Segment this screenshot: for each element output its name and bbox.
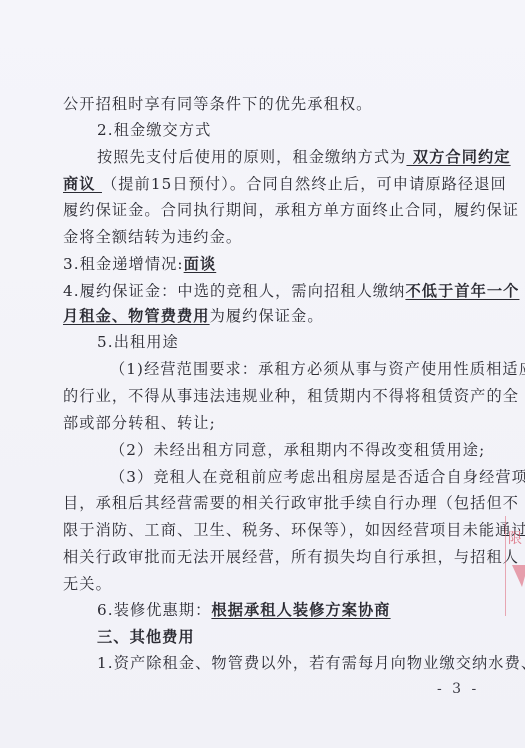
text-segment: 按照先支付后使用的原则，租金缴纳方式为 (97, 148, 406, 166)
text-line: 相关行政审批而无法开展经营，所有损失均自行承担，与招租人 (63, 547, 468, 567)
text-line: （3）竞租人在竞租前应考虑出租房屋是否适合自身经营项 (110, 467, 515, 487)
underlined-value: 不低于首年一个 (405, 282, 519, 300)
document-page: 公开招租时享有同等条件下的优先承租权。 2.租金缴交方式 按照先支付后使用的原则… (0, 0, 525, 748)
seal-stamp-text: 限 (508, 528, 522, 548)
text-line: 1.资产除租金、物管费以外，若有需每月向物业缴交纳水费、 (97, 653, 468, 673)
underlined-value: 根据承租人装修方案协商 (211, 601, 390, 619)
text-line: （1)经营范围要求：承租方必须从事与资产使用性质相适应 (110, 359, 515, 379)
text-line: 月租金、物管费费用为履约保证金。 (63, 306, 468, 326)
text-line: 目，承租后其经营需要的相关行政审批手续自行办理（包括但不 (63, 493, 468, 513)
seal-star-icon (512, 565, 525, 587)
section-heading: 2.租金缴交方式 (97, 120, 468, 140)
text-line: 限于消防、工商、卫生、税务、环保等），如因经营项目未能通过 (63, 520, 468, 540)
section-heading: 5.出租用途 (97, 332, 468, 352)
text-segment: 6.装修优惠期： (97, 601, 211, 619)
text-segment: 3.租金递增情况: (63, 255, 184, 273)
text-line: 金将全额结转为违约金。 (63, 227, 468, 247)
text-line: 无关。 (63, 574, 468, 594)
text-line: 3.租金递增情况:面谈 (63, 254, 468, 274)
text-line: 的行业，不得从事违法违规业种，租赁期内不得将租赁资产的全 (63, 386, 468, 406)
underlined-value: 商议 (63, 175, 102, 193)
text-segment: 为履约保证金。 (210, 307, 324, 325)
text-segment: （提前15日预付）。合同自然终止后，可申请原路径退回 (102, 175, 507, 193)
underlined-value: 双方合同约定 (406, 148, 510, 166)
text-line: 部或部分转租、转让; (63, 413, 468, 433)
underlined-value: 月租金、物管费费用 (63, 307, 210, 325)
text-line: （2）未经出租方同意，承租期内不得改变租赁用途; (110, 440, 515, 460)
page-number: - 3 - (437, 681, 479, 697)
text-line: 公开招租时享有同等条件下的优先承租权。 (63, 94, 468, 114)
text-line: 6.装修优惠期：根据承租人装修方案协商 (97, 600, 468, 620)
underlined-value: 面谈 (184, 255, 217, 273)
text-segment: 4.履约保证金：中选的竞租人，需向招租人缴纳 (63, 282, 405, 300)
text-line: 按照先支付后使用的原则，租金缴纳方式为 双方合同约定 (97, 147, 468, 167)
section-heading: 三、其他费用 (97, 627, 468, 647)
text-line: 4.履约保证金：中选的竞租人，需向招租人缴纳不低于首年一个 (63, 281, 468, 301)
text-line: 履约保证金。合同执行期间，承租方单方面终止合同，履约保证 (63, 200, 468, 220)
text-line: 商议 （提前15日预付）。合同自然终止后，可申请原路径退回 (63, 174, 468, 194)
